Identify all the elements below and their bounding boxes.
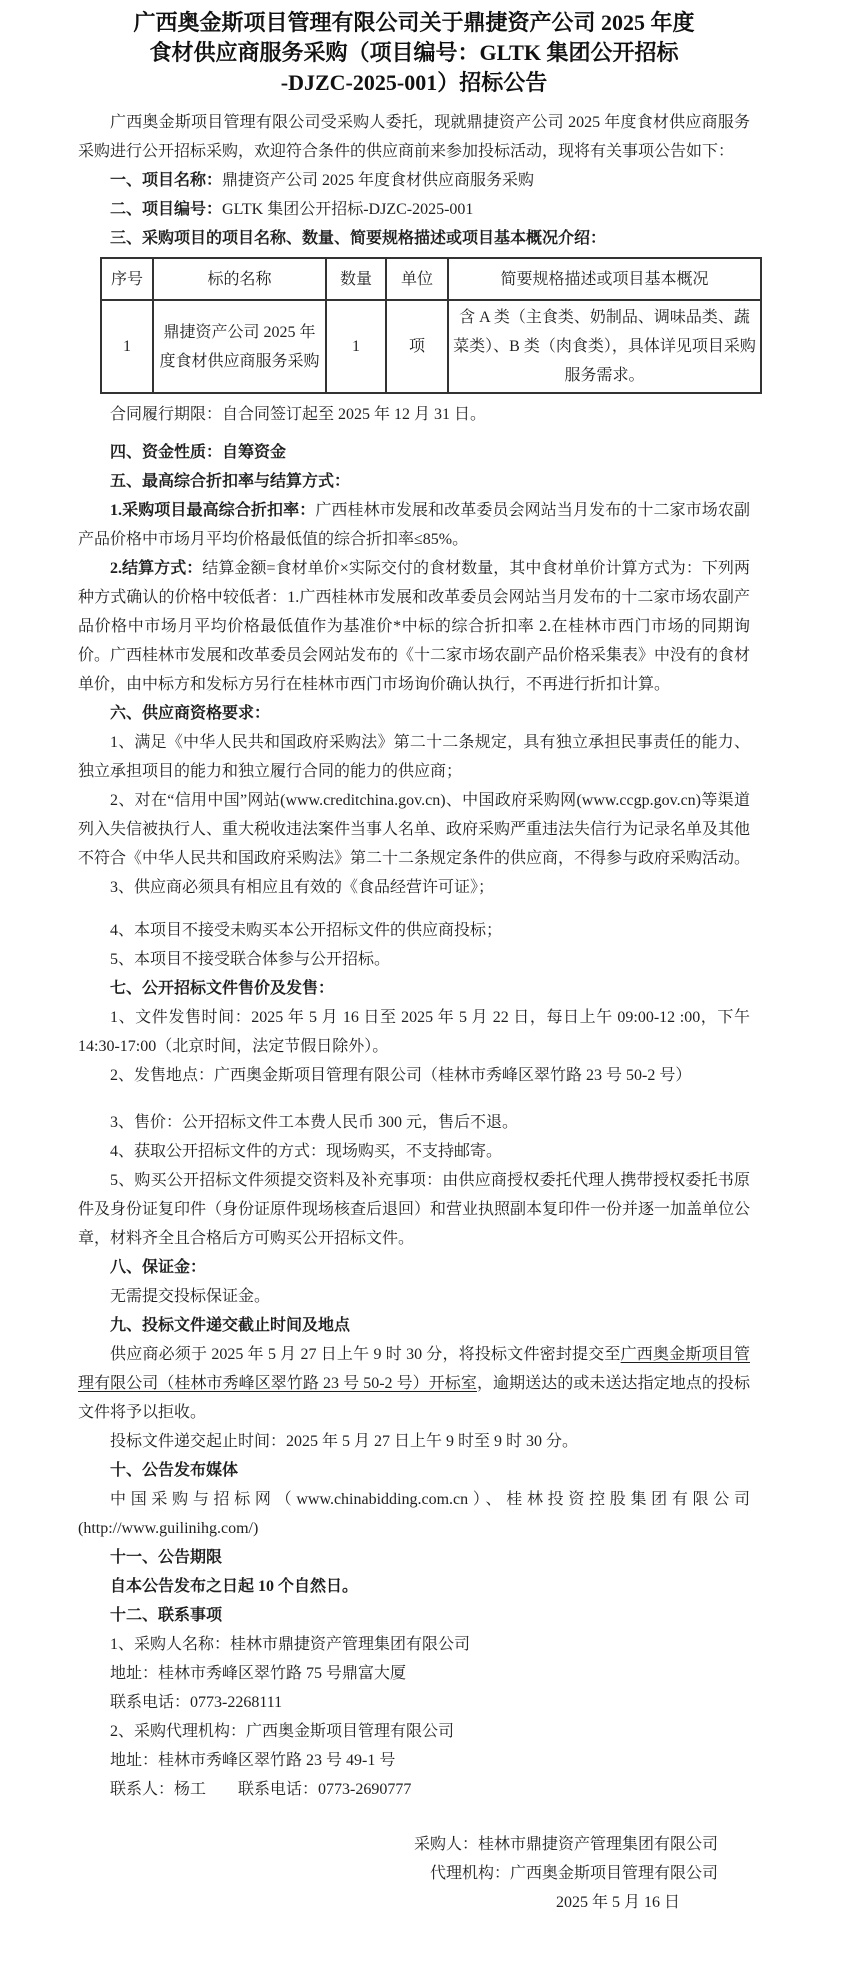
- document-sale-heading: 七、公开招标文件售价及发售：: [78, 974, 750, 1003]
- announcement-period-heading: 十一、公告期限: [78, 1543, 750, 1572]
- cell-spec: 含 A 类（主食类、奶制品、调味品类、蔬菜类）、B 类（肉食类），具体详见项目采…: [448, 300, 761, 393]
- table-row: 1 鼎捷资产公司 2025 年度食材供应商服务采购 1 项 含 A 类（主食类、…: [101, 300, 761, 393]
- doc-title-line2: 食材供应商服务采购（项目编号：GLTK 集团公开招标: [78, 38, 750, 68]
- col-header-qty: 数量: [326, 258, 386, 300]
- qualification-item-2: 2、对在“信用中国”网站(www.creditchina.gov.cn)、中国政…: [78, 786, 750, 873]
- cell-qty: 1: [326, 300, 386, 393]
- deposit-heading: 八、保证金：: [78, 1253, 750, 1282]
- footer-date: 2025 年 5 月 16 日: [78, 1888, 718, 1917]
- submission-window-para: 投标文件递交起止时间：2025 年 5 月 27 日上午 9 时至 9 时 30…: [78, 1427, 750, 1456]
- qualification-item-4: 4、本项目不接受未购买本公开招标文件的供应商投标；: [78, 916, 750, 945]
- sale-item-1: 1、文件发售时间：2025 年 5 月 16 日至 2025 年 5 月 22 …: [78, 1003, 750, 1061]
- submission-pre: 供应商必须于 2025 年 5 月 27 日上午 9 时 30 分，将投标文件密…: [110, 1346, 621, 1363]
- cell-subject: 鼎捷资产公司 2025 年度食材供应商服务采购: [153, 300, 326, 393]
- project-number-value: GLTK 集团公开招标-DJZC-2025-001: [222, 201, 473, 218]
- discount-rate-para: 1.采购项目最高综合折扣率：广西桂林市发展和改革委员会网站当月发布的十二家市场农…: [78, 496, 750, 554]
- col-header-spec: 简要规格描述或项目基本概况: [448, 258, 761, 300]
- project-number-row: 二、项目编号：GLTK 集团公开招标-DJZC-2025-001: [78, 195, 750, 224]
- announcement-period-text: 自本公告发布之日起 10 个自然日。: [78, 1572, 750, 1601]
- table-header-row: 序号 标的名称 数量 单位 简要规格描述或项目基本概况: [101, 258, 761, 300]
- funding-nature-label: 四、资金性质：: [110, 444, 222, 461]
- deposit-text: 无需提交投标保证金。: [78, 1282, 750, 1311]
- media-text: 中国采购与招标网（www.chinabidding.com.cn）、桂林投资控股…: [78, 1485, 750, 1543]
- procurement-table: 序号 标的名称 数量 单位 简要规格描述或项目基本概况 1 鼎捷资产公司 202…: [100, 257, 762, 394]
- qualification-item-5: 5、本项目不接受联合体参与公开招标。: [78, 945, 750, 974]
- qualification-item-3: 3、供应商必须具有相应且有效的《食品经营许可证》；: [78, 873, 750, 902]
- contract-period: 合同履行期限：自合同签订起至 2025 年 12 月 31 日。: [78, 400, 750, 429]
- funding-nature: 四、资金性质：自筹资金: [78, 438, 750, 467]
- discount-heading: 五、最高综合折扣率与结算方式：: [78, 467, 750, 496]
- doc-title: 广西奥金斯项目管理有限公司关于鼎捷资产公司 2025 年度 食材供应商服务采购（…: [78, 8, 750, 98]
- col-header-unit: 单位: [386, 258, 448, 300]
- project-number-label: 二、项目编号：: [110, 201, 222, 218]
- document-page: 广西奥金斯项目管理有限公司关于鼎捷资产公司 2025 年度 食材供应商服务采购（…: [0, 0, 850, 1985]
- contact-item-6: 联系人：杨工 联系电话：0773-2690777: [78, 1775, 750, 1804]
- project-name-value: 鼎捷资产公司 2025 年度食材供应商服务采购: [222, 172, 534, 189]
- contact-item-3: 联系电话：0773-2268111: [78, 1688, 750, 1717]
- doc-title-line3: -DJZC-2025-001）招标公告: [78, 68, 750, 98]
- settlement-para: 2.结算方式：结算金额=食材单价×实际交付的食材数量，其中食材单价计算方式为：下…: [78, 554, 750, 699]
- procurement-overview-heading: 三、采购项目的项目名称、数量、简要规格描述或项目基本概况介绍：: [78, 224, 750, 253]
- contact-item-5: 地址：桂林市秀峰区翠竹路 23 号 49-1 号: [78, 1746, 750, 1775]
- contact-heading: 十二、联系事项: [78, 1601, 750, 1630]
- discount-rate-label: 1.采购项目最高综合折扣率：: [110, 502, 315, 519]
- col-header-seq: 序号: [101, 258, 153, 300]
- settlement-label: 2.结算方式：: [110, 560, 202, 577]
- project-name-label: 一、项目名称：: [110, 172, 222, 189]
- footer-buyer: 采购人：桂林市鼎捷资产管理集团有限公司: [78, 1830, 718, 1859]
- footer-signature-block: 采购人：桂林市鼎捷资产管理集团有限公司 代理机构：广西奥金斯项目管理有限公司 2…: [78, 1830, 750, 1917]
- sale-item-2: 2、发售地点：广西奥金斯项目管理有限公司（桂林市秀峰区翠竹路 23 号 50-2…: [78, 1061, 750, 1090]
- contact-item-4: 2、采购代理机构：广西奥金斯项目管理有限公司: [78, 1717, 750, 1746]
- contact-item-1: 1、采购人名称：桂林市鼎捷资产管理集团有限公司: [78, 1630, 750, 1659]
- settlement-text: 结算金额=食材单价×实际交付的食材数量，其中食材单价计算方式为：下列两种方式确认…: [78, 560, 750, 693]
- media-heading: 十、公告发布媒体: [78, 1456, 750, 1485]
- col-header-subject: 标的名称: [153, 258, 326, 300]
- qualification-item-1: 1、满足《中华人民共和国政府采购法》第二十二条规定，具有独立承担民事责任的能力、…: [78, 728, 750, 786]
- project-name-row: 一、项目名称：鼎捷资产公司 2025 年度食材供应商服务采购: [78, 166, 750, 195]
- funding-nature-value: 自筹资金: [222, 444, 286, 461]
- cell-seq: 1: [101, 300, 153, 393]
- submission-deadline-heading: 九、投标文件递交截止时间及地点: [78, 1311, 750, 1340]
- submission-para: 供应商必须于 2025 年 5 月 27 日上午 9 时 30 分，将投标文件密…: [78, 1340, 750, 1427]
- sale-item-4: 4、获取公开招标文件的方式：现场购买，不支持邮寄。: [78, 1137, 750, 1166]
- supplier-qualification-heading: 六、供应商资格要求：: [78, 699, 750, 728]
- sale-item-5: 5、购买公开招标文件须提交资料及补充事项：由供应商授权委托代理人携带授权委托书原…: [78, 1166, 750, 1253]
- cell-unit: 项: [386, 300, 448, 393]
- doc-title-line1: 广西奥金斯项目管理有限公司关于鼎捷资产公司 2025 年度: [78, 8, 750, 38]
- sale-item-3: 3、售价：公开招标文件工本费人民币 300 元，售后不退。: [78, 1108, 750, 1137]
- footer-agent: 代理机构：广西奥金斯项目管理有限公司: [78, 1859, 718, 1888]
- contact-item-2: 地址：桂林市秀峰区翠竹路 75 号鼎富大厦: [78, 1659, 750, 1688]
- intro-paragraph: 广西奥金斯项目管理有限公司受采购人委托，现就鼎捷资产公司 2025 年度食材供应…: [78, 108, 750, 166]
